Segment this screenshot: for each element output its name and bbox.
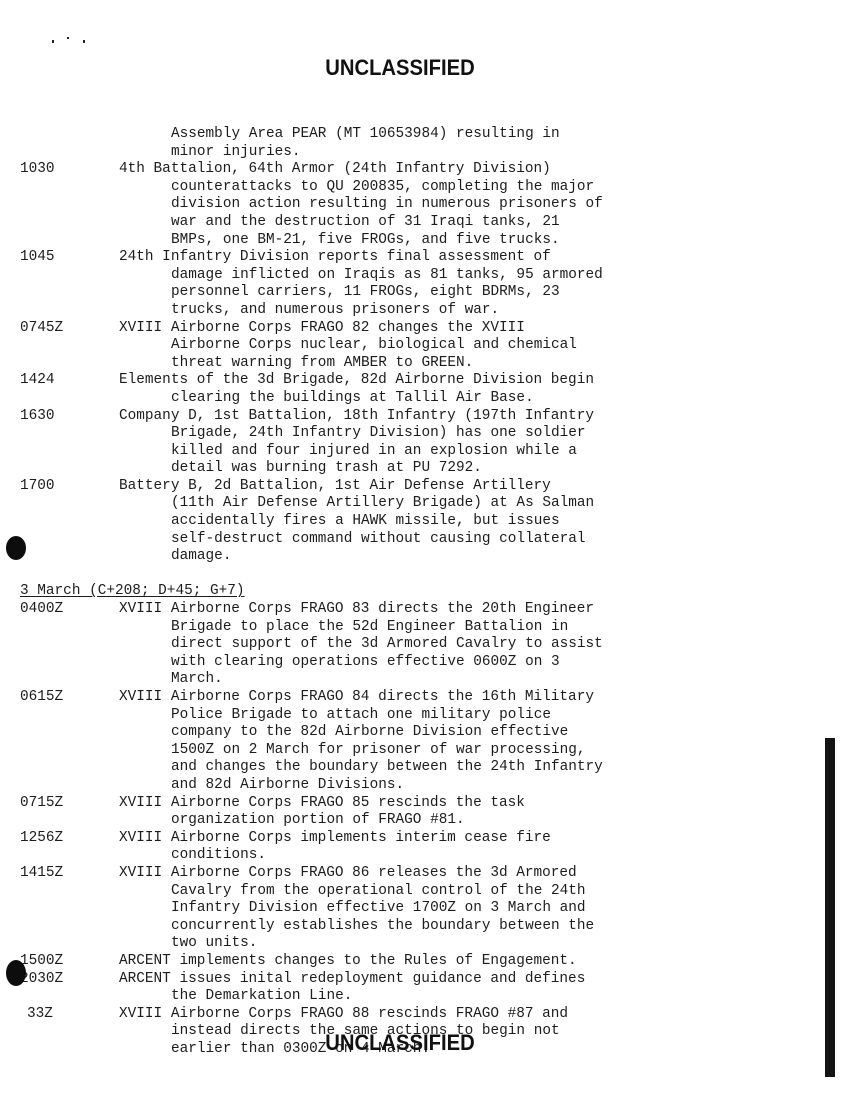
entry-1630: 1630Company D, 1st Battalion, 18th Infan… — [0, 408, 800, 426]
entry-2030z: 2030ZARCENT issues inital redeployment g… — [0, 971, 800, 989]
date-header-3-march: 3 March (C+208; D+45; G+7) — [0, 583, 800, 601]
entry-1030: 10304th Battalion, 64th Armor (24th Infa… — [0, 161, 800, 179]
scan-edge-bar — [825, 738, 835, 1077]
chronology-body: Assembly Area PEAR (MT 10653984) resulti… — [0, 126, 800, 1058]
entry-time: 1415Z — [20, 865, 63, 883]
entry-1500z: 1500ZARCENT implements changes to the Ru… — [0, 953, 800, 971]
entry-1045: 104524th Infantry Division reports final… — [0, 249, 800, 267]
entry-1424: 1424Elements of the 3d Brigade, 82d Airb… — [0, 372, 800, 390]
entry-0615z: 0615ZXVIII Airborne Corps FRAGO 84 direc… — [0, 689, 800, 707]
entry-0745z: 0745ZXVIII Airborne Corps FRAGO 82 chang… — [0, 320, 800, 338]
entry-time: 2030Z — [20, 971, 63, 989]
entry-time: 1700 — [20, 478, 55, 496]
entry-0400z: 0400ZXVIII Airborne Corps FRAGO 83 direc… — [0, 601, 800, 619]
punch-hole-mark — [6, 960, 26, 986]
entry-time: 1045 — [20, 249, 55, 267]
entry-time: 1500Z — [20, 953, 63, 971]
entry-1256z: 1256ZXVIII Airborne Corps implements int… — [0, 830, 800, 848]
entry-time: 0400Z — [20, 601, 63, 619]
entry-time: 0615Z — [20, 689, 63, 707]
continuation-line: Assembly Area PEAR (MT 10653984) resulti… — [0, 126, 800, 144]
section-heading: 3 March (C+208; D+45; G+7) — [20, 583, 245, 601]
classification-footer: UNCLASSIFIED — [32, 1030, 768, 1056]
scan-speck — [52, 40, 54, 43]
entry-1700: 1700Battery B, 2d Battalion, 1st Air Def… — [0, 478, 800, 496]
entry-time: 1030 — [20, 161, 55, 179]
entry-time: 0745Z — [20, 320, 63, 338]
scan-speck — [83, 40, 85, 43]
punch-hole-mark — [6, 536, 26, 560]
entry-time: 0715Z — [20, 795, 63, 813]
entry-time: 33Z — [27, 1006, 53, 1024]
entry-time: 1630 — [20, 408, 55, 426]
entry-time: 1256Z — [20, 830, 63, 848]
entry-1415z: 1415ZXVIII Airborne Corps FRAGO 86 relea… — [0, 865, 800, 883]
entry-0715z: 0715ZXVIII Airborne Corps FRAGO 85 resci… — [0, 795, 800, 813]
scan-speck — [67, 37, 69, 39]
classification-header: UNCLASSIFIED — [32, 55, 768, 81]
entry-2333z: 33ZXVIII Airborne Corps FRAGO 88 rescind… — [0, 1006, 800, 1024]
entry-time: 1424 — [20, 372, 55, 390]
continuation-line: minor injuries. — [0, 144, 800, 162]
